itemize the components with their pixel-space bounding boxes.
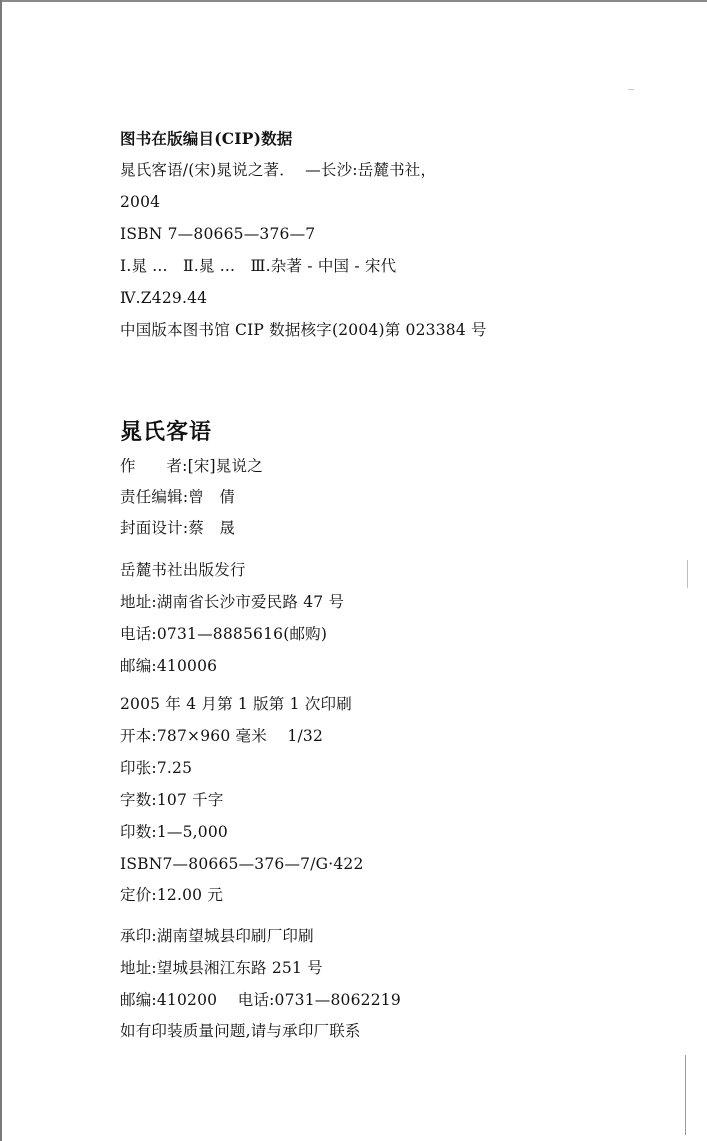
sheets-line: 印张:7.25 xyxy=(120,758,192,778)
publisher-name: 岳麓书社出版发行 xyxy=(120,560,246,580)
publisher-address: 地址:湖南省长沙市爱民路 47 号 xyxy=(120,592,344,612)
editor-value: :曾 倩 xyxy=(183,488,235,506)
format-line: 开本:787×960 毫米 1/32 xyxy=(120,726,323,746)
scan-artifact xyxy=(628,89,634,90)
author-label: 作 者 xyxy=(120,457,182,475)
printer-address: 地址:望城县湘江东路 251 号 xyxy=(120,958,323,978)
book-title: 晁氏客语 xyxy=(120,418,212,446)
publisher-postcode: 邮编:410006 xyxy=(120,656,217,676)
quality-notice: 如有印装质量问题,请与承印厂联系 xyxy=(120,1021,361,1041)
scan-border-top xyxy=(0,0,707,2)
cover-design-line: 封面设计:蔡 晟 xyxy=(120,518,235,538)
editor-label: 责任编辑 xyxy=(120,488,183,506)
scan-artifact xyxy=(685,1055,686,1135)
cip-classification: Ⅳ.Z429.44 xyxy=(120,288,207,308)
cover-design-label: 封面设计 xyxy=(120,519,183,537)
word-count-line: 字数:107 千字 xyxy=(120,790,224,810)
cip-title-line: 晁氏客语/(宋)晁说之著． —长沙:岳麓书社， xyxy=(120,160,436,180)
scan-border-left xyxy=(0,0,2,1141)
isbn-full-line: ISBN7—80665—376—7/G·422 xyxy=(120,854,364,874)
author-value: :[宋]晁说之 xyxy=(182,457,263,475)
cover-design-value: :蔡 晟 xyxy=(183,519,235,537)
printer-name: 承印:湖南望城县印刷厂印刷 xyxy=(120,926,314,946)
cip-year: 2004 xyxy=(120,192,160,212)
price-line: 定价:12.00 元 xyxy=(120,885,223,905)
print-run-line: 印数:1—5,000 xyxy=(120,822,228,842)
cip-heading: 图书在版编目(CIP)数据 xyxy=(120,129,293,149)
author-line: 作 者:[宋]晁说之 xyxy=(120,456,263,476)
cip-isbn: ISBN 7—80665—376—7 xyxy=(120,224,315,244)
cip-subjects: Ⅰ.晁 ... Ⅱ.晁 ... Ⅲ.杂著 - 中国 - 宋代 xyxy=(120,256,396,276)
printer-contact: 邮编:410200 电话:0731—8062219 xyxy=(120,990,401,1010)
editor-line: 责任编辑:曾 倩 xyxy=(120,487,235,507)
scan-artifact xyxy=(687,560,688,588)
cip-record-number: 中国版本图书馆 CIP 数据核字(2004)第 023384 号 xyxy=(120,320,487,340)
edition-line: 2005 年 4 月第 1 版第 1 次印刷 xyxy=(120,694,352,714)
publisher-phone: 电话:0731—8885616(邮购) xyxy=(120,624,327,644)
